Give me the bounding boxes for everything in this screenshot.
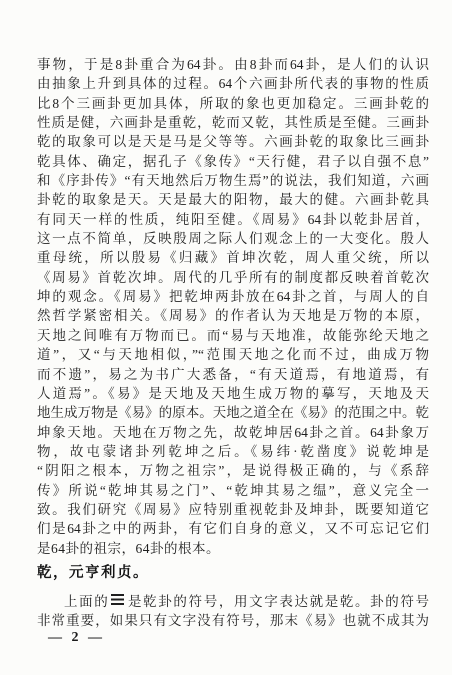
text-line: 物，故屯蒙诸卦列乾坤之后。《易纬·乾凿度》说乾坤是	[37, 442, 429, 461]
qian-trigram-icon	[111, 594, 124, 605]
text-line: 这一点不简单，反映殷周之际人们观念上的一大变化。殷人	[37, 229, 429, 248]
text-line: 事物，于是8卦重合为64卦。由8卦而64卦，是人们的认识	[37, 55, 429, 74]
page-number: — 2 —	[48, 630, 105, 646]
book-page: 事物，于是8卦重合为64卦。由8卦而64卦，是人们的认识 由抽象上升到具体的过程…	[0, 0, 452, 675]
qian-explanation-paragraph: 上面的是乾卦的符号，用文字表达就是乾。卦的符号 非常重要，如果只有文字没有符号，…	[37, 592, 429, 631]
text-line: 重母统，所以殷易《归藏》首坤次乾，周人重父统，所以	[37, 248, 429, 267]
text-line: 然哲学紧密相关。《周易》的作者认为天地是万物的本原，	[37, 306, 429, 325]
hexagram-statement-heading: 乾，元亨利贞。	[37, 563, 429, 583]
text-line: 坤象天地。天地在万物之先，故乾坤居64卦之首。64卦象万	[37, 423, 429, 442]
text-line: 人道焉”。《易》是天地及天地生成万物的摹写，天地及天	[37, 384, 429, 403]
text-line: 《周易》首乾次坤。周代的几乎所有的制度都反映着首乾次	[37, 268, 429, 287]
text-line: 上面的是乾卦的符号，用文字表达就是乾。卦的符号	[37, 592, 429, 611]
text-line: 比8个三画卦更加具体，所取的象也更加稳定。三画卦乾的	[37, 94, 429, 113]
text-line: 天地之间唯有万物而已。而“易与天地准，故能弥纶天地之	[37, 326, 429, 345]
text-line: 非常重要，如果只有文字没有符号，那末《易》也就不成其为	[37, 611, 429, 630]
text-line: 而不遗”，易之为书广大悉备，“有天道焉，有地道焉，有	[37, 365, 429, 384]
text-segment: 是乾卦的符号，用文字表达就是乾。卦的符号	[126, 594, 429, 609]
text-line: 有同天一样的性质，纯阳至健。《周易》64卦以乾卦居首，	[37, 210, 429, 229]
text-line: 坤的观念。《周易》把乾坤两卦放在64卦之首，与周人的自	[37, 287, 429, 306]
text-line: 地生成万物是《易》的原本。天地之道全在《易》的范围之中。乾	[37, 403, 429, 422]
text-line: 乾具体、确定，据孔子《象传》“天行健，君子以自强不息”	[37, 152, 429, 171]
text-segment: 上面的	[64, 594, 109, 609]
text-line: 和《序卦传》“有天地然后万物生焉”的说法，我们知道，六画	[37, 171, 429, 190]
text-line: 们是64卦之中的两卦，有它们自身的意义，又不可忘记它们	[37, 519, 429, 538]
text-line: 由抽象上升到具体的过程。64个六画卦所代表的事物的性质	[37, 74, 429, 93]
page-text-block: 事物，于是8卦重合为64卦。由8卦而64卦，是人们的认识 由抽象上升到具体的过程…	[37, 55, 429, 631]
text-line: 致。我们研究《周易》应特别重视乾卦及坤卦，既要知道它	[37, 500, 429, 519]
text-line: 乾的取象可以是天是马是父等等。六画卦乾的取象比三画卦	[37, 132, 429, 151]
text-line: 是64卦的祖宗，64卦的根本。	[37, 539, 429, 558]
text-line: 传》所说“乾坤其易之门”、“乾坤其易之缊”，意义完全一	[37, 481, 429, 500]
text-line: 卦乾的取象是天。天是最大的阳物，最大的健。六画卦乾具	[37, 190, 429, 209]
text-line: 道”，又“与天地相似，”“范围天地之化而不过，曲成万物	[37, 345, 429, 364]
text-line: “阴阳之根本，万物之祖宗”，是说得极正确的，与《系辞	[37, 461, 429, 480]
text-line: 性质是健，六画卦是重乾，乾而又乾，其性质是至健。三画卦	[37, 113, 429, 132]
